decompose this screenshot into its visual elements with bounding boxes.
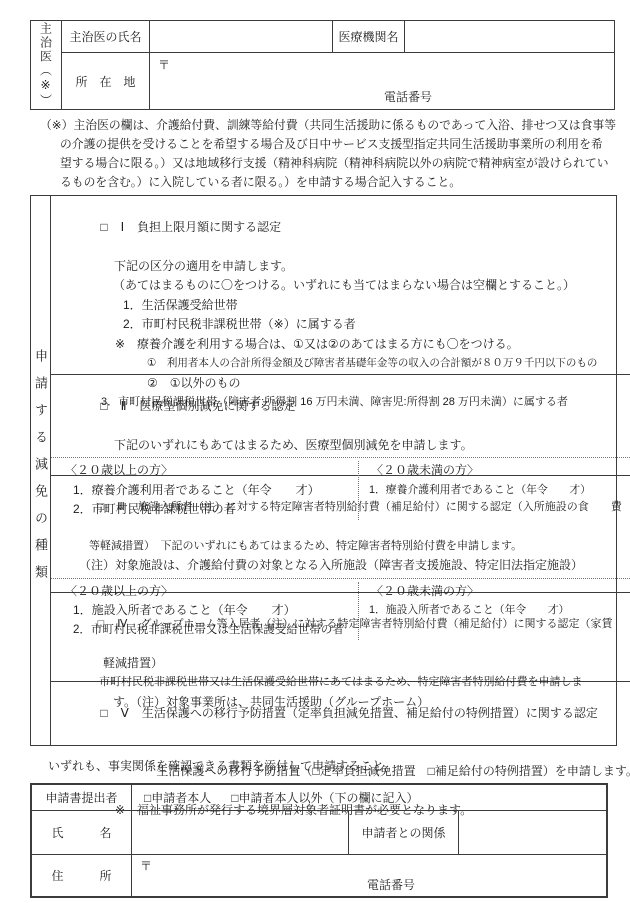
section-1: □Ⅰ負担上限月額に関する認定 下記の区分の適用を申請します。 （あてはまるものに…: [51, 196, 630, 375]
section-5-head: □Ⅴ生活保護への移行予防措置（定率負担減免措置、補足給付の特例措置）に関する認定: [51, 684, 630, 743]
submitter-row-label: 申請書提出者: [32, 785, 132, 810]
section-1-title: 負担上限月額に関する認定: [137, 220, 281, 234]
section-4-title-line-2: 軽減措置）: [51, 654, 630, 674]
submitter-other-checkbox[interactable]: □: [231, 791, 238, 805]
section-3: □Ⅲ施設入所者（注）に対する特定障害者特別給付費（補足給付）に関する認定（入所施…: [51, 476, 630, 593]
postal-mark: 〒: [158, 56, 170, 73]
submitter-self-label: 申請者本人: [151, 789, 211, 806]
submitter-address-field[interactable]: 〒 電話番号: [132, 855, 606, 896]
physician-row-address: 所 在 地 〒 電話番号: [62, 53, 614, 109]
exemption-table: 申請する減免の種類 □Ⅰ負担上限月額に関する認定 下記の区分の適用を申請します。…: [30, 195, 617, 746]
section-2-numeral: Ⅱ: [121, 397, 127, 417]
section-2-intro: 下記のいずれにもあてはまるため、医療型個別減免を申請します。: [51, 436, 630, 456]
section-4-title-line-1: グループホーム等入居者（注）に対する特定障害者特別給付費（補足給付）に関する認定…: [140, 618, 612, 630]
submitter-table: 申請書提出者 □申請者本人□申請者本人以外（下の欄に記入） 氏 名 申請者との関…: [30, 783, 608, 898]
section-3-numeral: Ⅲ: [117, 498, 125, 518]
physician-name-field[interactable]: [150, 21, 333, 52]
section-2-title: 医療型個別減免に関する認定: [140, 399, 296, 413]
section-5-numeral: Ⅴ: [121, 704, 129, 724]
exemption-side-cell: 申請する減免の種類: [31, 196, 51, 745]
section-5-body-suffix: ）を申請します。: [543, 764, 630, 778]
section-4-checkbox[interactable]: □: [98, 615, 105, 635]
physician-note-line-2: の介護の提供を受けることを希望する場合及び日中サービス支援型指定共同生活援助事業…: [40, 135, 620, 154]
section-3-title-line-1: 施設入所者（注）に対する特定障害者特別給付費（補足給付）に関する認定（入所施設の…: [138, 501, 622, 513]
section-3-title-line-2: 等軽減措置） 下記のいずれにもあてはまるため、特定障害者特別給付費を申請します。: [51, 537, 630, 557]
submitter-self-checkbox[interactable]: □: [144, 791, 151, 805]
section-3-head: □Ⅲ施設入所者（注）に対する特定障害者特別給付費（補足給付）に関する認定（入所施…: [51, 478, 630, 537]
submitter-name-field[interactable]: [132, 811, 349, 854]
section-5-option-2-label: 補足給付の特例措置: [435, 764, 543, 778]
submitter-postal-mark: 〒: [140, 857, 152, 874]
section-4: □Ⅳグループホーム等入居者（注）に対する特定障害者特別給付費（補足給付）に関する…: [51, 593, 630, 682]
physician-table: 主治医（※） 主治医の氏名 医療機関名 所 在 地 〒 電話番号: [30, 20, 615, 110]
closing-note: いずれも、事実関係を確認できる書類を添付して申請すること。: [48, 757, 396, 774]
physician-note-line-1: （※）主治医の欄は、介護給付費、訓練等給付費（共同生活援助に係るものであって入浴…: [40, 116, 620, 135]
submitter-type-options: □申請者本人□申請者本人以外（下の欄に記入）: [132, 785, 606, 810]
section-2: □Ⅱ医療型個別減免に関する認定 下記のいずれにもあてはまるため、医療型個別減免を…: [51, 375, 630, 476]
section-5-option-2-checkbox[interactable]: □: [428, 762, 435, 782]
section-1-head: □Ⅰ負担上限月額に関する認定: [51, 198, 630, 257]
submitter-phone-label: 電話番号: [367, 876, 415, 893]
physician-side-cell: 主治医（※）: [31, 21, 62, 109]
section-3-note: （注）対象施設は、介護給付費の対象となる入所施設（障害者支援施設、特定旧法指定施…: [51, 556, 630, 576]
submitter-relation-field[interactable]: [459, 811, 606, 854]
submitter-address-label: 住 所: [32, 855, 132, 896]
submitter-row-name: 氏 名 申請者との関係: [32, 811, 606, 855]
section-2-checkbox[interactable]: □: [100, 397, 107, 417]
section-1-checkbox[interactable]: □: [100, 218, 107, 238]
physician-side-label: 主治医（※）: [38, 22, 55, 108]
medical-facility-field[interactable]: [405, 21, 614, 52]
section-1-intro: 下記の区分の適用を申請します。: [51, 257, 630, 277]
physician-note-line-4: るものを含む。）に入院している者に限る。）を申請する場合記入すること。: [40, 173, 620, 192]
section-4-numeral: Ⅳ: [117, 615, 127, 635]
section-1-circle-1: ① 利用者本人の合計所得金額及び障害者基礎年金等の収入の合計額が８０万９千円以下…: [51, 354, 630, 374]
section-2-head: □Ⅱ医療型個別減免に関する認定: [51, 377, 630, 436]
submitter-relation-label: 申請者との関係: [349, 811, 459, 854]
section-5-title: 生活保護への移行予防措置（定率負担減免措置、補足給付の特例措置）に関する認定: [142, 706, 598, 720]
application-form-page: 主治医（※） 主治医の氏名 医療機関名 所 在 地 〒 電話番号 （※）主治医の…: [0, 0, 630, 903]
section-4-head: □Ⅳグループホーム等入居者（注）に対する特定障害者特別給付費（補足給付）に関する…: [51, 595, 630, 654]
medical-facility-label: 医療機関名: [333, 21, 405, 52]
section-1-item-2: 2．市町村民税非課税世帯（※）に属する者: [51, 315, 630, 335]
exemption-table-body: □Ⅰ負担上限月額に関する認定 下記の区分の適用を申請します。 （あてはまるものに…: [51, 196, 630, 745]
submitter-other-label: 申請者本人以外（下の欄に記入）: [239, 789, 419, 806]
section-1-item-1: 1．生活保護受給世帯: [51, 296, 630, 316]
section-3-checkbox[interactable]: □: [98, 498, 105, 518]
physician-phone-label: 電話番号: [384, 88, 432, 105]
section-1-paren-note: （あてはまるものに〇をつける。いずれにも当てはまらない場合は空欄とすること。）: [51, 276, 630, 296]
section-1-aster-note: ※ 療養介護を利用する場合は、①又は②のあてはまる方にも〇をつける。: [51, 335, 630, 355]
exemption-side-label: 申請する減免の種類: [31, 349, 50, 592]
submitter-row-address: 住 所 〒 電話番号: [32, 855, 606, 896]
section-1-numeral: Ⅰ: [121, 218, 125, 238]
section-5-checkbox[interactable]: □: [100, 704, 107, 724]
physician-table-body: 主治医の氏名 医療機関名 所 在 地 〒 電話番号: [62, 21, 614, 109]
submitter-name-label: 氏 名: [32, 811, 132, 854]
physician-note: （※）主治医の欄は、介護給付費、訓練等給付費（共同生活援助に係るものであって入浴…: [40, 116, 620, 192]
physician-address-label: 所 在 地: [62, 53, 150, 109]
physician-row-name: 主治医の氏名 医療機関名: [62, 21, 614, 53]
physician-address-field[interactable]: 〒 電話番号: [150, 53, 614, 109]
submitter-row-type: 申請書提出者 □申請者本人□申請者本人以外（下の欄に記入）: [32, 785, 606, 811]
physician-name-label: 主治医の氏名: [62, 21, 150, 52]
physician-note-line-3: 望する場合に限る。）又は地域移行支援（精神科病院（精神科病院以外の病院で精神病室…: [40, 154, 620, 173]
